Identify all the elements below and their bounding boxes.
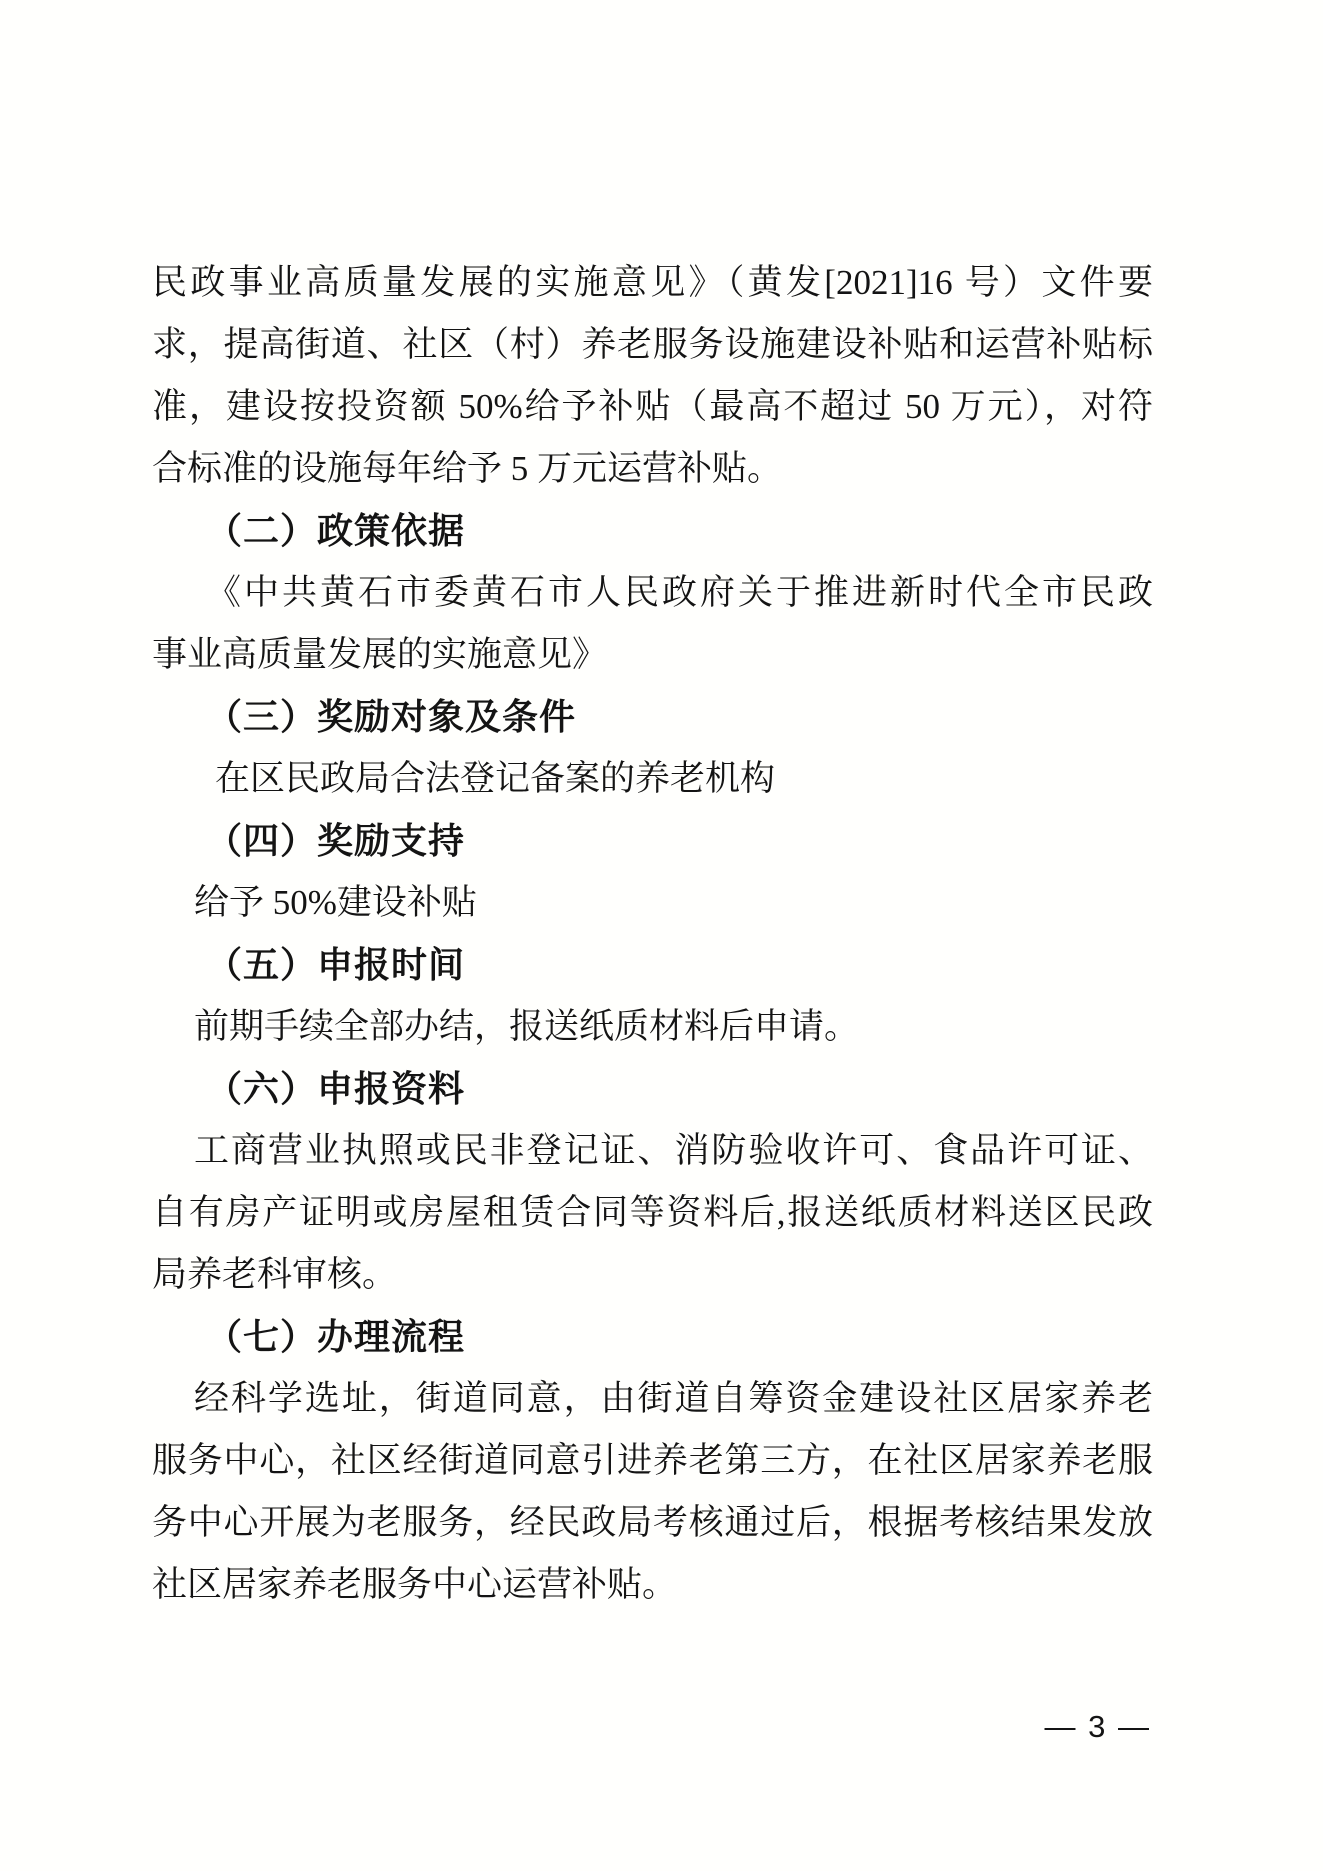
section-heading: （七）办理流程 [152, 1306, 1153, 1368]
section-heading: （二）政策依据 [152, 500, 1153, 562]
paragraph-line: 前期手续全部办结，报送纸质材料后申请。 [152, 996, 1153, 1058]
document-page: 民政事业高质量发展的实施意见》（黄发[2021]16 号）文件要 求，提高街道、… [0, 0, 1323, 1871]
paragraph-line: 社区居家养老服务中心运营补贴。 [152, 1554, 1153, 1616]
paragraph-line: 在区民政局合法登记备案的养老机构 [152, 748, 1153, 810]
paragraph-line: 准，建设按投资额 50%给予补贴（最高不超过 50 万元），对符 [152, 376, 1153, 438]
section-heading: （四）奖励支持 [152, 810, 1153, 872]
paragraph-line: 给予 50%建设补贴 [152, 872, 1153, 934]
paragraph-line: 工商营业执照或民非登记证、消防验收许可、食品许可证、 [152, 1120, 1153, 1182]
paragraph-line: 经科学选址，街道同意，由街道自筹资金建设社区居家养老 [152, 1368, 1153, 1430]
paragraph-line: 局养老科审核。 [152, 1244, 1153, 1306]
paragraph-line: 民政事业高质量发展的实施意见》（黄发[2021]16 号）文件要 [152, 252, 1153, 314]
section-heading: （三）奖励对象及条件 [152, 686, 1153, 748]
paragraph-line: 求，提高街道、社区（村）养老服务设施建设补贴和运营补贴标 [152, 314, 1153, 376]
paragraph-line: 自有房产证明或房屋租赁合同等资料后,报送纸质材料送区民政 [152, 1182, 1153, 1244]
paragraph-line: 合标准的设施每年给予 5 万元运营补贴。 [152, 438, 1153, 500]
section-heading: （六）申报资料 [152, 1058, 1153, 1120]
paragraph-line: 事业高质量发展的实施意见》 [152, 624, 1153, 686]
paragraph-line: 服务中心，社区经街道同意引进养老第三方，在社区居家养老服 [152, 1430, 1153, 1492]
paragraph-line: 《中共黄石市委黄石市人民政府关于推进新时代全市民政 [152, 562, 1153, 624]
paragraph-line: 务中心开展为老服务，经民政局考核通过后，根据考核结果发放 [152, 1492, 1153, 1554]
page-number: — 3 — [1045, 1705, 1151, 1749]
document-body: 民政事业高质量发展的实施意见》（黄发[2021]16 号）文件要 求，提高街道、… [152, 252, 1153, 1616]
section-heading: （五）申报时间 [152, 934, 1153, 996]
